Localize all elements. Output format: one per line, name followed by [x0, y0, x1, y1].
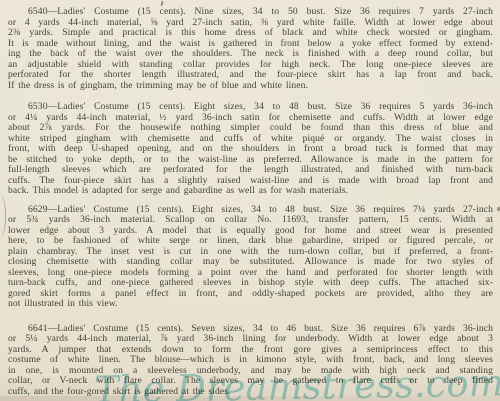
- scan-artifact-left-edge: [0, 196, 6, 236]
- page-bottom-edge-shadow: [0, 396, 500, 401]
- text-line: collar, or V-neck with flare collar. The…: [8, 376, 493, 387]
- text-line: back. This model is adapted for serge an…: [8, 186, 493, 197]
- text-line: If the dress is of gingham, the trimming…: [8, 81, 493, 92]
- text-line: costume of white linen. The blouse—which…: [8, 355, 493, 366]
- text-line: turn-back cuffs, and one-piece gathered …: [8, 278, 493, 289]
- pattern-description-6540: 6540—Ladies' Costume (15 cents). Nine si…: [8, 7, 493, 91]
- text-line: ing the back of the waist over the shoul…: [8, 49, 493, 60]
- pattern-description-6641: 6641—Ladies' Costume (15 cents). Seven s…: [8, 324, 493, 398]
- text-line: or 5¼ yards 44-inch material, ⅞ yard 36-…: [8, 334, 493, 345]
- pattern-description-6629: 6629—Ladies' Costume (15 cents). Eight s…: [8, 205, 493, 310]
- text-line: full-length sleeves which are perforated…: [8, 165, 493, 176]
- text-line: closing chemisette with standing collar …: [8, 257, 493, 268]
- pattern-description-6530: 6530—Ladies' Costume (15 cents). Eight s…: [8, 102, 493, 197]
- text-line: about 2⅞ yards. For the housewife nothin…: [8, 123, 493, 134]
- text-line: or 5¾ yards 36-inch material. Scallop on…: [8, 215, 493, 226]
- text-line: 6540—Ladies' Costume (15 cents). Nine si…: [8, 7, 493, 18]
- text-line: 6530—Ladies' Costume (15 cents). Eight s…: [8, 102, 493, 113]
- text-line: 2⅜ yards. Simple and practical is this h…: [8, 28, 493, 39]
- text-line: front, with deep U-shaped opening, and o…: [8, 144, 493, 155]
- catalog-page-scan: 6540—Ladies' Costume (15 cents). Nine si…: [0, 0, 500, 401]
- text-line: perforated for the shorter length illust…: [8, 70, 493, 81]
- text-line: here, to be fashioned of white serge or …: [8, 236, 493, 247]
- text-line: not illustrated in this view.: [8, 299, 493, 310]
